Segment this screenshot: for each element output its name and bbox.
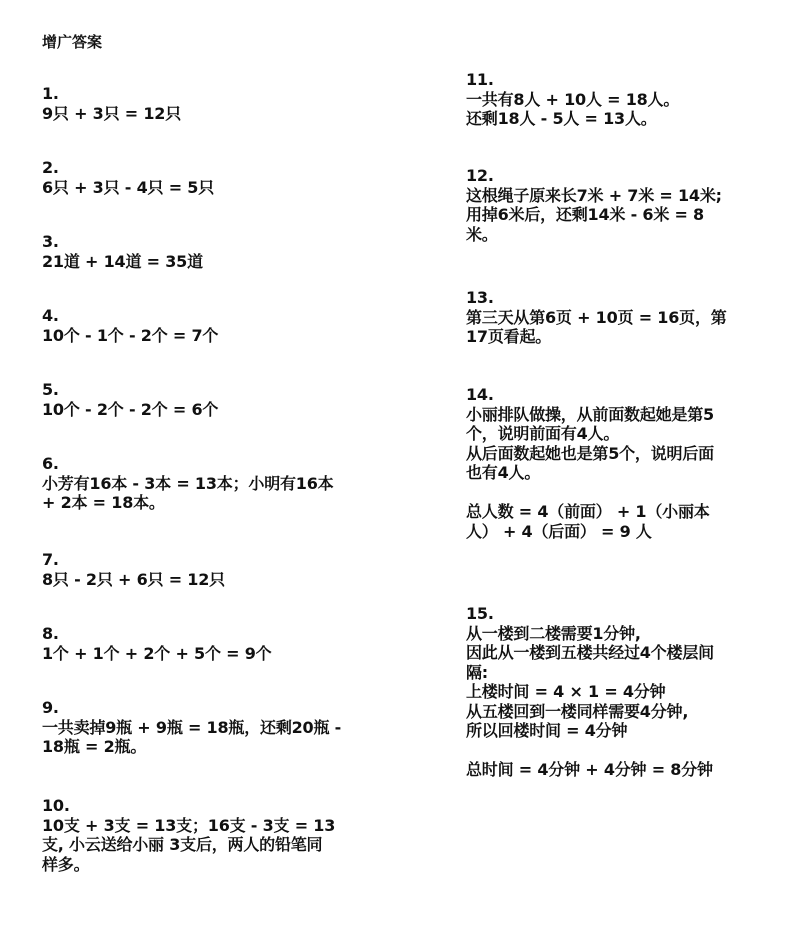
answer-number: 12. <box>466 166 784 186</box>
answer-line: 因此从一楼到五楼共经过4个楼层间 <box>466 643 784 663</box>
answer-summary-line: 总时间 = 4分钟 + 4分钟 = 8分钟 <box>466 760 784 780</box>
answer-12: 12. 这根绳子原来长7米 + 7米 = 14米; 用掉6米后，还剩14米 - … <box>466 166 784 244</box>
answer-15: 15. 从一楼到二楼需要1分钟, 因此从一楼到五楼共经过4个楼层间 隔: 上楼时… <box>466 604 784 780</box>
answer-13: 13. 第三天从第6页 + 10页 = 16页，第 17页看起。 <box>466 288 784 347</box>
document-title: 增广答案 <box>42 32 102 52</box>
answer-11: 11. 一共有8人 + 10人 = 18人。 还剩18人 - 5人 = 13人。 <box>466 70 784 129</box>
answer-line: 还剩18人 - 5人 = 13人。 <box>466 109 784 129</box>
answer-line: 也有4人。 <box>466 463 784 483</box>
answer-1: 1. 9只 + 3只 = 12只 <box>42 84 412 123</box>
spacer <box>466 741 784 761</box>
answer-line: 这根绳子原来长7米 + 7米 = 14米; <box>466 186 784 206</box>
answer-line: 小芳有16本 - 3本 = 13本；小明有16本 <box>42 474 412 494</box>
answer-number: 7. <box>42 550 412 570</box>
answer-line: 样多。 <box>42 855 412 875</box>
spacer <box>466 483 784 503</box>
answer-line: 一共有8人 + 10人 = 18人。 <box>466 90 784 110</box>
answer-3: 3. 21道 + 14道 = 35道 <box>42 232 412 271</box>
answer-line: 21道 + 14道 = 35道 <box>42 252 412 272</box>
answer-5: 5. 10个 - 2个 - 2个 = 6个 <box>42 380 412 419</box>
answer-line: 17页看起。 <box>466 327 784 347</box>
answer-6: 6. 小芳有16本 - 3本 = 13本；小明有16本 + 2本 = 18本。 <box>42 454 412 513</box>
answer-line: 10个 - 2个 - 2个 = 6个 <box>42 400 412 420</box>
answer-line: 从五楼回到一楼同样需要4分钟, <box>466 702 784 722</box>
answer-number: 13. <box>466 288 784 308</box>
answer-10: 10. 10支 + 3支 = 13支；16支 - 3支 = 13 支, 小云送给… <box>42 796 412 874</box>
answer-number: 10. <box>42 796 412 816</box>
answer-number: 14. <box>466 385 784 405</box>
answer-line: 第三天从第6页 + 10页 = 16页，第 <box>466 308 784 328</box>
answer-number: 8. <box>42 624 412 644</box>
answer-8: 8. 1个 + 1个 + 2个 + 5个 = 9个 <box>42 624 412 663</box>
answer-number: 11. <box>466 70 784 90</box>
answer-number: 9. <box>42 698 412 718</box>
answer-line: 从一楼到二楼需要1分钟, <box>466 624 784 644</box>
answer-line: 从后面数起她也是第5个，说明后面 <box>466 444 784 464</box>
answer-summary-line: 总人数 = 4（前面） + 1（小丽本 <box>466 502 784 522</box>
answer-14: 14. 小丽排队做操，从前面数起她是第5 个，说明前面有4人。 从后面数起她也是… <box>466 385 784 541</box>
answer-line: 6只 + 3只 - 4只 = 5只 <box>42 178 412 198</box>
answer-line: 9只 + 3只 = 12只 <box>42 104 412 124</box>
answer-line: 8只 - 2只 + 6只 = 12只 <box>42 570 412 590</box>
answer-number: 4. <box>42 306 412 326</box>
answer-line: 所以回楼时间 = 4分钟 <box>466 721 784 741</box>
answer-summary-line: 人） + 4（后面） = 9 人 <box>466 522 784 542</box>
answer-number: 2. <box>42 158 412 178</box>
answer-line: 用掉6米后，还剩14米 - 6米 = 8 <box>466 205 784 225</box>
answer-line: 一共卖掉9瓶 + 9瓶 = 18瓶，还剩20瓶 - <box>42 718 412 738</box>
answer-line: 支, 小云送给小丽 3支后，两人的铅笔同 <box>42 835 412 855</box>
answer-line: 10支 + 3支 = 13支；16支 - 3支 = 13 <box>42 816 412 836</box>
answer-line: 米。 <box>466 225 784 245</box>
answer-line: 个，说明前面有4人。 <box>466 424 784 444</box>
answer-line: 隔: <box>466 663 784 683</box>
answer-number: 1. <box>42 84 412 104</box>
answer-9: 9. 一共卖掉9瓶 + 9瓶 = 18瓶，还剩20瓶 - 18瓶 = 2瓶。 <box>42 698 412 757</box>
answer-line: 1个 + 1个 + 2个 + 5个 = 9个 <box>42 644 412 664</box>
answer-7: 7. 8只 - 2只 + 6只 = 12只 <box>42 550 412 589</box>
answer-line: 18瓶 = 2瓶。 <box>42 737 412 757</box>
answer-number: 6. <box>42 454 412 474</box>
answer-4: 4. 10个 - 1个 - 2个 = 7个 <box>42 306 412 345</box>
answer-2: 2. 6只 + 3只 - 4只 = 5只 <box>42 158 412 197</box>
answer-line: 上楼时间 = 4 × 1 = 4分钟 <box>466 682 784 702</box>
answer-line: + 2本 = 18本。 <box>42 493 412 513</box>
answer-line: 小丽排队做操，从前面数起她是第5 <box>466 405 784 425</box>
answer-number: 5. <box>42 380 412 400</box>
answer-line: 10个 - 1个 - 2个 = 7个 <box>42 326 412 346</box>
answer-number: 3. <box>42 232 412 252</box>
answer-number: 15. <box>466 604 784 624</box>
